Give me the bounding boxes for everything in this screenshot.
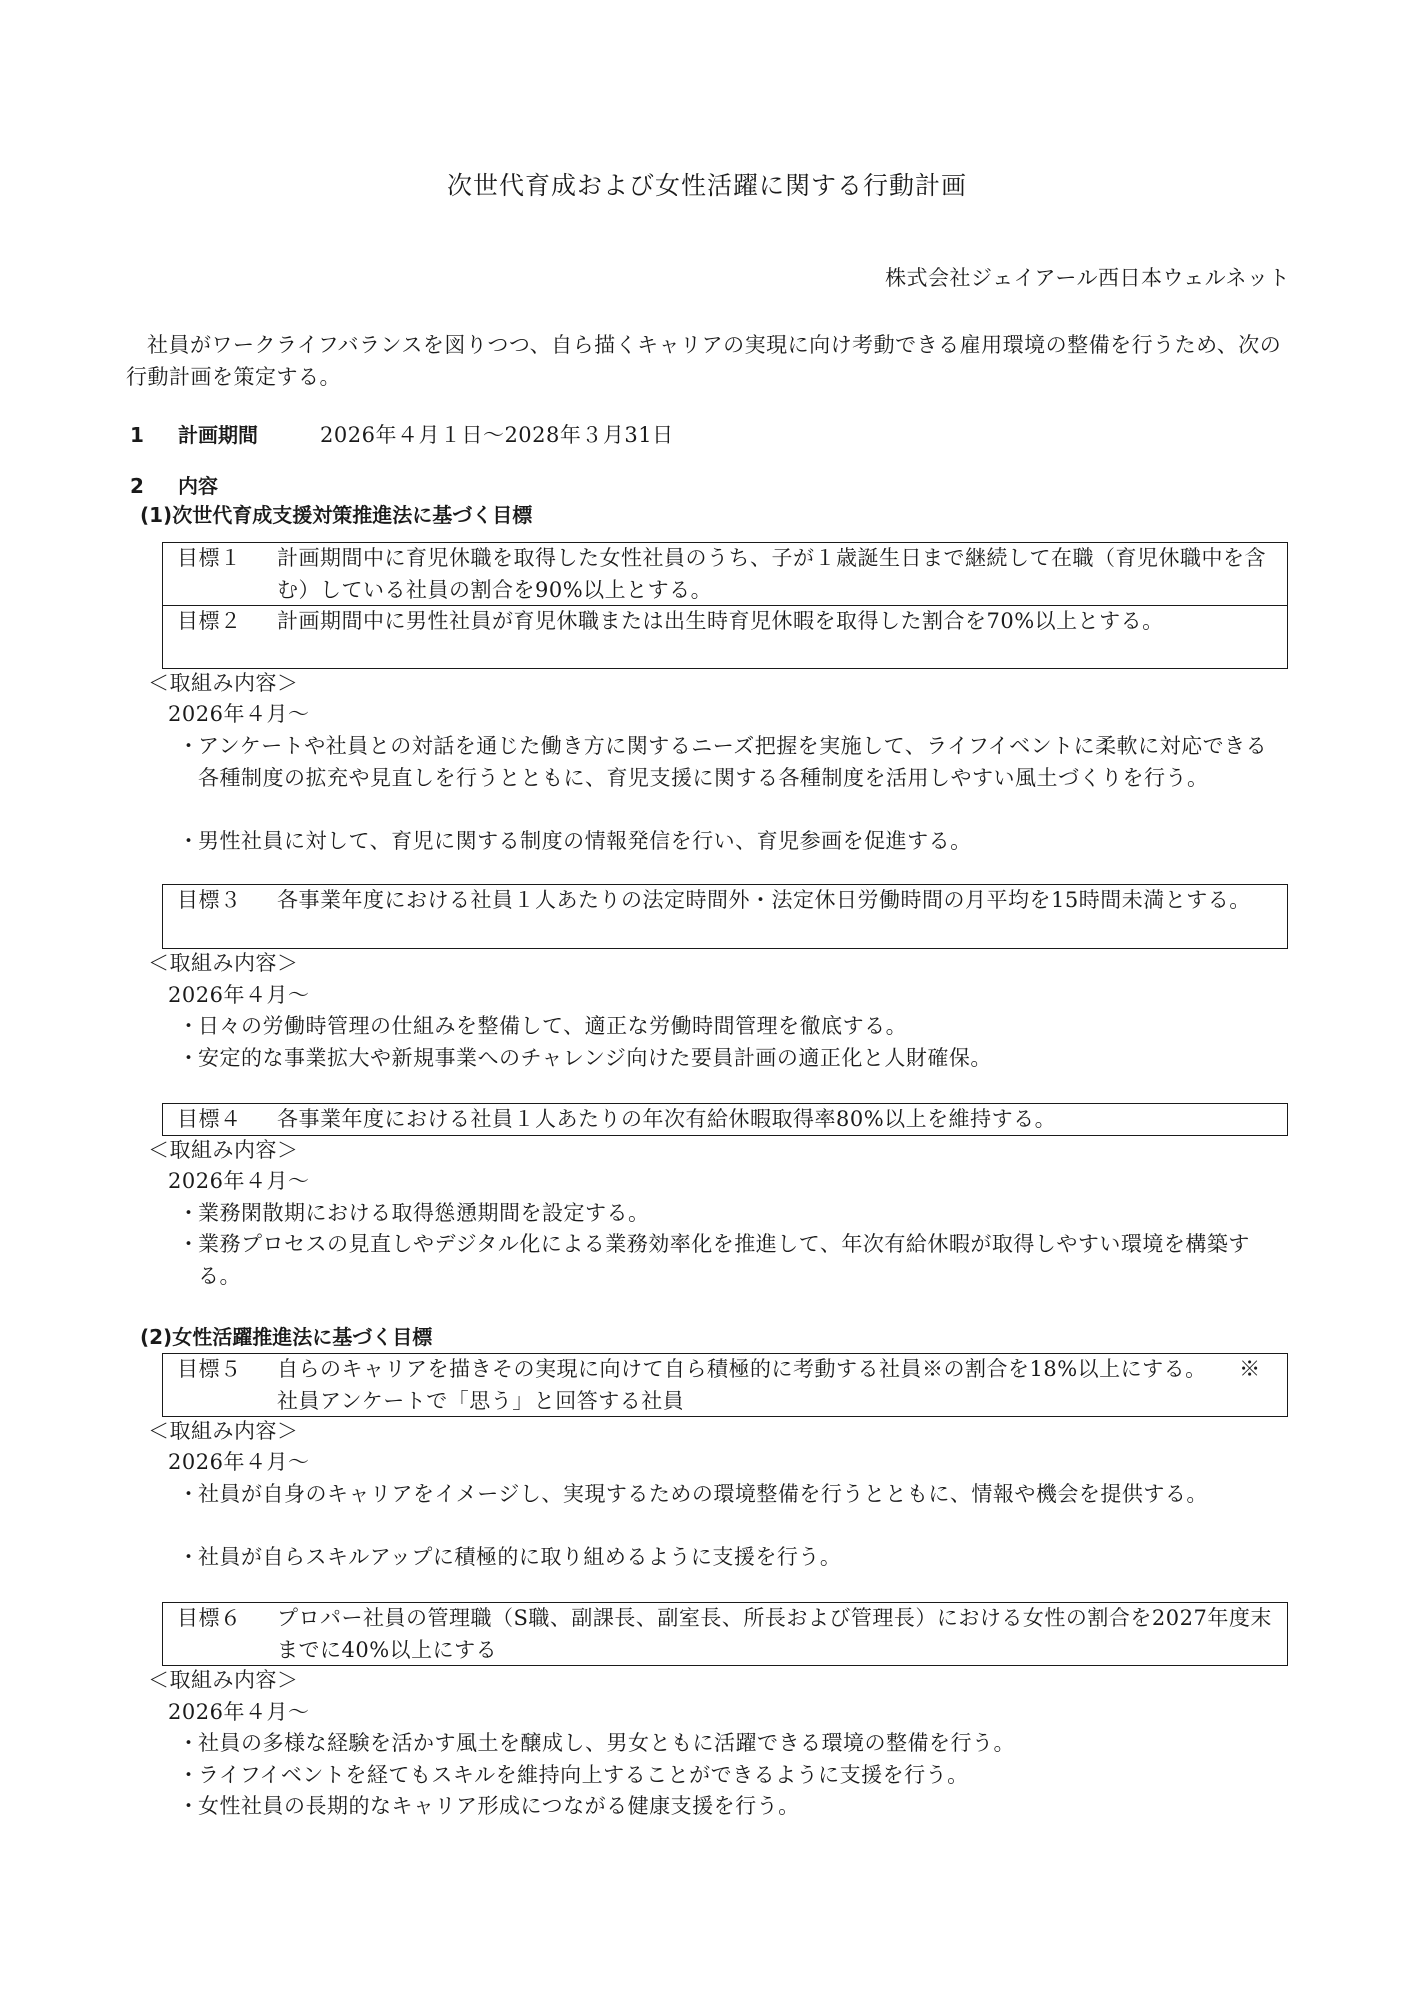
goal-label: 目標３	[177, 885, 277, 917]
goal-row: 目標１ 計画期間中に育児休職を取得した女性社員のうち、子が１歳誕生日まで継続して…	[163, 543, 1287, 605]
actions-heading: ＜取組み内容＞	[148, 1135, 299, 1167]
actions-heading: ＜取組み内容＞	[148, 1416, 299, 1448]
section-label: 内容	[178, 474, 218, 498]
section-content: 2内容	[130, 470, 218, 499]
goal-text: 自らのキャリアを描きその実現に向けて自ら積極的に考動する社員※の割合を18%以上…	[277, 1354, 1287, 1417]
goal-label: 目標５	[177, 1354, 277, 1417]
bullet-mark: ・	[178, 1728, 198, 1760]
actions-start-date: 2026年４月～	[168, 1697, 309, 1729]
goal-label: 目標２	[177, 606, 277, 668]
actions-start-date: 2026年４月～	[168, 980, 309, 1012]
bullet-text: 男性社員に対して、育児に関する制度の情報発信を行い、育児参画を促進する。	[198, 826, 1288, 858]
goal-row: 目標５ 自らのキャリアを描きその実現に向けて自ら積極的に考動する社員※の割合を1…	[163, 1354, 1287, 1417]
bullet-text: 社員が自身のキャリアをイメージし、実現するための環境整備を行うとともに、情報や機…	[198, 1479, 1288, 1511]
section-plan-period: 1計画期間2026年４月１日～2028年３月31日	[130, 420, 674, 452]
intro-paragraph: 社員がワークライフバランスを図りつつ、自ら描くキャリアの実現に向け考動できる雇用…	[126, 330, 1296, 393]
document-title: 次世代育成および女性活躍に関する行動計画	[0, 166, 1414, 202]
goal-box-1-2: 目標１ 計画期間中に育児休職を取得した女性社員のうち、子が１歳誕生日まで継続して…	[162, 542, 1288, 669]
action-bullet: ・ 安定的な事業拡大や新規事業へのチャレンジ向けた要員計画の適正化と人財確保。	[178, 1043, 1288, 1075]
action-bullet: ・ 業務閑散期における取得慫慂期間を設定する。	[178, 1198, 1288, 1230]
goal-text: 各事業年度における社員１人あたりの法定時間外・法定休日労働時間の月平均を15時間…	[277, 885, 1287, 917]
goal-label: 目標４	[177, 1104, 277, 1134]
bullet-mark: ・	[178, 1791, 198, 1823]
bullet-text: 女性社員の長期的なキャリア形成につながる健康支援を行う。	[198, 1791, 1288, 1823]
actions-heading: ＜取組み内容＞	[148, 948, 299, 980]
bullet-mark: ・	[178, 1479, 198, 1511]
goal-label: 目標１	[177, 543, 277, 605]
goal-row: 目標４ 各事業年度における社員１人あたりの年次有給休暇取得率80%以上を維持する…	[163, 1104, 1287, 1134]
goal-box-5: 目標５ 自らのキャリアを描きその実現に向けて自ら積極的に考動する社員※の割合を1…	[162, 1353, 1288, 1417]
bullet-mark: ・	[178, 731, 198, 794]
bullet-text: ライフイベントを経てもスキルを維持向上することができるように支援を行う。	[198, 1760, 1288, 1792]
bullet-mark: ・	[178, 1229, 198, 1292]
bullet-text: 安定的な事業拡大や新規事業へのチャレンジ向けた要員計画の適正化と人財確保。	[198, 1043, 1288, 1075]
action-bullet: ・ アンケートや社員との対話を通じた働き方に関するニーズ把握を実施して、ライフイ…	[178, 731, 1288, 794]
actions-start-date: 2026年４月～	[168, 699, 309, 731]
goal-box-3: 目標３ 各事業年度における社員１人あたりの法定時間外・法定休日労働時間の月平均を…	[162, 884, 1288, 949]
goal-text: 計画期間中に男性社員が育児休職または出生時育児休暇を取得した割合を70%以上とす…	[277, 606, 1287, 668]
goal-row: 目標３ 各事業年度における社員１人あたりの法定時間外・法定休日労働時間の月平均を…	[163, 885, 1287, 917]
company-name: 株式会社ジェイアール西日本ウェルネット	[885, 262, 1290, 292]
part1-heading: (1)次世代育成支援対策推進法に基づく目標	[140, 500, 532, 531]
bullet-mark: ・	[178, 826, 198, 858]
action-bullet: ・ 社員の多様な経験を活かす風土を醸成し、男女ともに活躍できる環境の整備を行う。	[178, 1728, 1288, 1760]
bullet-mark: ・	[178, 1760, 198, 1792]
action-bullet: ・ 女性社員の長期的なキャリア形成につながる健康支援を行う。	[178, 1791, 1288, 1823]
bullet-text: 日々の労働時管理の仕組みを整備して、適正な労働時間管理を徹底する。	[198, 1011, 1288, 1043]
bullet-mark: ・	[178, 1011, 198, 1043]
actions-start-date: 2026年４月～	[168, 1447, 309, 1479]
action-bullet: ・ ライフイベントを経てもスキルを維持向上することができるように支援を行う。	[178, 1760, 1288, 1792]
bullet-text: 社員が自らスキルアップに積極的に取り組めるように支援を行う。	[198, 1542, 1288, 1574]
part2-heading: (2)女性活躍推進法に基づく目標	[140, 1322, 432, 1353]
actions-start-date: 2026年４月～	[168, 1166, 309, 1198]
action-bullet: ・ 日々の労働時管理の仕組みを整備して、適正な労働時間管理を徹底する。	[178, 1011, 1288, 1043]
goal-label: 目標６	[177, 1603, 277, 1666]
goal-row: 目標２ 計画期間中に男性社員が育児休職または出生時育児休暇を取得した割合を70%…	[163, 605, 1287, 668]
goal-text: プロパー社員の管理職（S職、副課長、副室長、所長および管理長）における女性の割合…	[277, 1603, 1287, 1666]
action-bullet: ・ 業務プロセスの見直しやデジタル化による業務効率化を推進して、年次有給休暇が取…	[178, 1229, 1288, 1292]
action-bullet: ・ 男性社員に対して、育児に関する制度の情報発信を行い、育児参画を促進する。	[178, 826, 1288, 858]
section-number: 2	[130, 474, 178, 498]
bullet-text: アンケートや社員との対話を通じた働き方に関するニーズ把握を実施して、ライフイベン…	[198, 731, 1288, 794]
bullet-text: 社員の多様な経験を活かす風土を醸成し、男女ともに活躍できる環境の整備を行う。	[198, 1728, 1288, 1760]
bullet-mark: ・	[178, 1043, 198, 1075]
bullet-mark: ・	[178, 1198, 198, 1230]
section-number: 1	[130, 420, 178, 451]
goal-text: 各事業年度における社員１人あたりの年次有給休暇取得率80%以上を維持する。	[277, 1104, 1287, 1134]
actions-heading: ＜取組み内容＞	[148, 668, 299, 700]
goal-text: 計画期間中に育児休職を取得した女性社員のうち、子が１歳誕生日まで継続して在職（育…	[277, 543, 1287, 605]
action-bullet: ・ 社員が自身のキャリアをイメージし、実現するための環境整備を行うとともに、情報…	[178, 1479, 1288, 1511]
goal-box-6: 目標６ プロパー社員の管理職（S職、副課長、副室長、所長および管理長）における女…	[162, 1602, 1288, 1666]
goal-box-4: 目標４ 各事業年度における社員１人あたりの年次有給休暇取得率80%以上を維持する…	[162, 1103, 1288, 1136]
bullet-mark: ・	[178, 1542, 198, 1574]
actions-heading: ＜取組み内容＞	[148, 1665, 299, 1697]
bullet-text: 業務プロセスの見直しやデジタル化による業務効率化を推進して、年次有給休暇が取得し…	[198, 1229, 1288, 1292]
goal-row: 目標６ プロパー社員の管理職（S職、副課長、副室長、所長および管理長）における女…	[163, 1603, 1287, 1666]
bullet-text: 業務閑散期における取得慫慂期間を設定する。	[198, 1198, 1288, 1230]
section-label: 計画期間	[178, 420, 320, 451]
plan-period-value: 2026年４月１日～2028年３月31日	[320, 423, 674, 447]
action-bullet: ・ 社員が自らスキルアップに積極的に取り組めるように支援を行う。	[178, 1542, 1288, 1574]
